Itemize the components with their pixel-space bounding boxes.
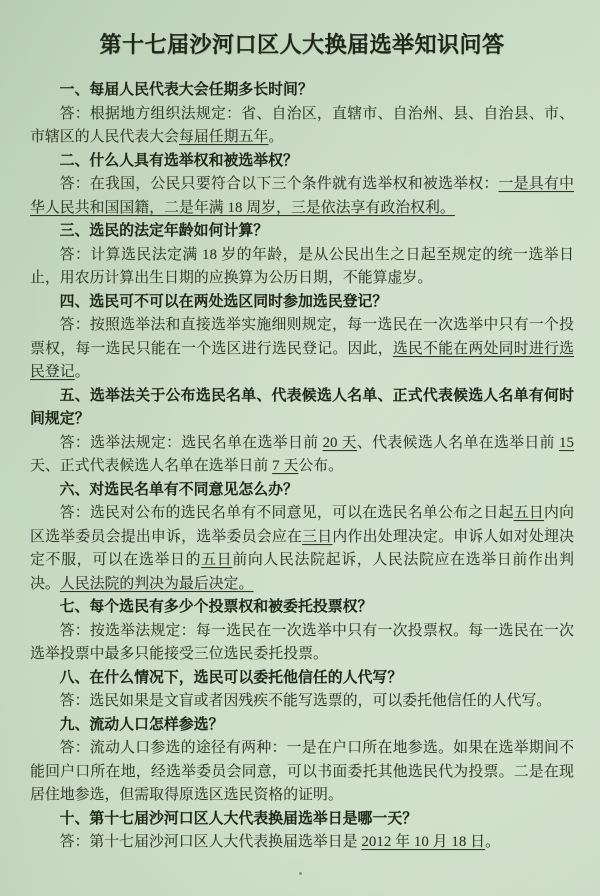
question-text: 一、每届人民代表大会任期多长时间？ [30, 79, 574, 103]
underlined-answer-text: 7 天 [272, 458, 298, 474]
answer-segment: 答：选举法规定：选民名单在选举日前 [60, 435, 323, 451]
answer-text: 答：选举法规定：选民名单在选举日前 20 天、代表候选人名单在选举日前 15 天… [30, 432, 574, 479]
page-title: 第十七届沙河口区人大换届选举知识问答 [30, 30, 574, 60]
question-text: 七、每个选民有多少个投票权和被委托投票权？ [30, 596, 574, 620]
underlined-answer-text: 20 天 [323, 435, 357, 451]
answer-segment: 答：根据地方组织法规定：省、自治区，直辖市、自治州、县、自治县、市、市辖区的人民… [30, 106, 574, 146]
underlined-answer-text: 每届任期五年 [179, 129, 268, 145]
qa-item: 十、第十七届沙河口区人大代表换届选举日是哪一天？ 答：第十七届沙河口区人大代表换… [30, 808, 574, 855]
question-text: 九、流动人口怎样参选？ [30, 714, 574, 738]
question-text: 六、对选民名单有不同意见怎么办？ [30, 479, 574, 503]
qa-item: 五、选举法关于公布选民名单、代表候选人名单、正式代表候选人名单有何时间规定？ 答… [30, 385, 574, 479]
qa-item: 八、在什么情况下，选民可以委托他信任的人代写？ 答：选民如果是文盲或者因残疾不能… [30, 667, 574, 714]
answer-segment: 答：选民对公布的选民名单有不同意见，可以在选民名单公布之日起 [60, 505, 514, 521]
qa-item: 六、对选民名单有不同意见怎么办？ 答：选民对公布的选民名单有不同意见，可以在选民… [30, 479, 574, 597]
question-text: 四、选民可不可以在两处选区同时参加选民登记？ [30, 291, 574, 315]
answer-text: 答：按选举法规定：每一选民在一次选举中只有一次投票权。每一选民在一次选举投票中最… [30, 620, 574, 667]
answer-text: 答：在我国，公民只要符合以下三个条件就有选举权和被选举权：一是具有中华人民共和国… [30, 173, 574, 220]
underlined-answer-text: 15 [559, 435, 574, 451]
answer-text: 答：流动人口参选的途径有两种：一是在户口所在地参选。如果在选举期间不能回户口所在… [30, 737, 574, 808]
document-page: 第十七届沙河口区人大换届选举知识问答 一、每届人民代表大会任期多长时间？ 答：根… [0, 0, 600, 896]
qa-item: 九、流动人口怎样参选？ 答：流动人口参选的途径有两种：一是在户口所在地参选。如果… [30, 714, 574, 808]
photo-speck [546, 527, 548, 529]
qa-item: 一、每届人民代表大会任期多长时间？ 答：根据地方组织法规定：省、自治区，直辖市、… [30, 79, 574, 150]
question-text: 八、在什么情况下，选民可以委托他信任的人代写？ [30, 667, 574, 691]
underlined-answer-text: 2012 年 10 月 18 日 [361, 834, 485, 850]
answer-text: 答：根据地方组织法规定：省、自治区，直辖市、自治州、县、自治县、市、市辖区的人民… [30, 103, 574, 150]
answer-segment: 答：选民如果是文盲或者因残疾不能写选票的，可以委托他信任的人代写。 [60, 693, 552, 709]
answer-segment: 答：流动人口参选的途径有两种：一是在户口所在地参选。如果在选举期间不能回户口所在… [30, 740, 574, 803]
answer-text: 答：选民对公布的选民名单有不同意见，可以在选民名单公布之日起五日内向区选举委员会… [30, 502, 574, 596]
photo-speck [299, 872, 302, 875]
answer-text: 答：按照选举法和直接选举实施细则规定，每一选民在一次选举中只有一个投票权，每一选… [30, 314, 574, 385]
answer-segment: 。 [268, 129, 283, 145]
qa-item: 二、什么人具有选举权和被选举权？ 答：在我国，公民只要符合以下三个条件就有选举权… [30, 150, 574, 221]
answer-segment: 。 [75, 364, 90, 380]
answer-segment: 、代表候选人名单在选举日前 [357, 435, 559, 451]
answer-segment: 。 [485, 834, 500, 850]
answer-segment: 答：计算选民法定满 18 岁的年龄，是从公民出生之日起至规定的统一选举日止，用农… [30, 247, 574, 287]
answer-segment: 天、正式代表候选人名单在选举日前 [30, 458, 272, 474]
answer-text: 答：第十七届沙河口区人大代表换届选举日是 2012 年 10 月 18 日。 [30, 831, 574, 855]
qa-list: 一、每届人民代表大会任期多长时间？ 答：根据地方组织法规定：省、自治区，直辖市、… [30, 79, 574, 855]
underlined-answer-text: 五日 [201, 552, 232, 568]
question-text: 三、选民的法定年龄如何计算？ [30, 220, 574, 244]
qa-item: 四、选民可不可以在两处选区同时参加选民登记？ 答：按照选举法和直接选举实施细则规… [30, 291, 574, 385]
answer-segment: 答：在我国，公民只要符合以下三个条件就有选举权和被选举权： [60, 176, 499, 192]
answer-segment: 答：按选举法规定：每一选民在一次选举中只有一次投票权。每一选民在一次选举投票中最… [30, 623, 574, 663]
question-text: 五、选举法关于公布选民名单、代表候选人名单、正式代表候选人名单有何时间规定？ [30, 385, 574, 432]
underlined-answer-text: 五日 [514, 505, 544, 521]
underlined-answer-text: 人民法院的判决为最后决定。 [60, 576, 254, 592]
qa-item: 三、选民的法定年龄如何计算？ 答：计算选民法定满 18 岁的年龄，是从公民出生之… [30, 220, 574, 291]
question-text: 二、什么人具有选举权和被选举权？ [30, 150, 574, 174]
answer-text: 答：计算选民法定满 18 岁的年龄，是从公民出生之日起至规定的统一选举日止，用农… [30, 244, 574, 291]
underlined-answer-text: 三日 [302, 529, 332, 545]
qa-item: 七、每个选民有多少个投票权和被委托投票权？ 答：按选举法规定：每一选民在一次选举… [30, 596, 574, 667]
answer-text: 答：选民如果是文盲或者因残疾不能写选票的，可以委托他信任的人代写。 [30, 690, 574, 714]
answer-segment: 答：第十七届沙河口区人大代表换届选举日是 [60, 834, 362, 850]
answer-segment: 公布。 [298, 458, 343, 474]
question-text: 十、第十七届沙河口区人大代表换届选举日是哪一天？ [30, 808, 574, 832]
